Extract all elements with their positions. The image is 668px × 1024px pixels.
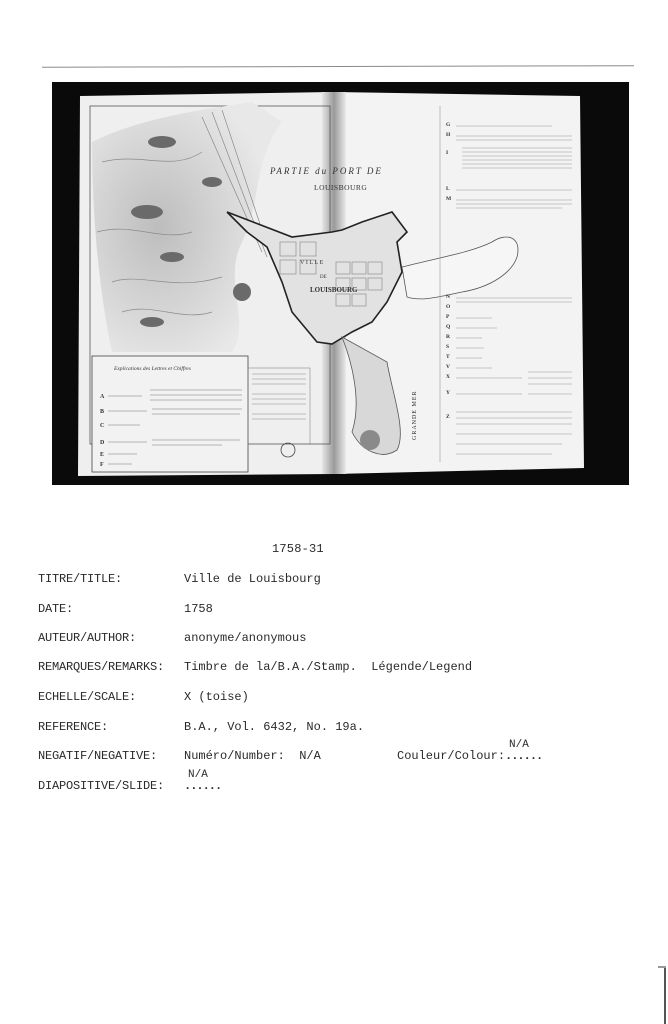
svg-text:DE: DE <box>320 275 327 280</box>
field-value: Numéro/Number: N/A <box>184 749 321 763</box>
svg-text:M: M <box>446 196 452 202</box>
colour-dots: ...... <box>505 749 542 763</box>
colour-label: Couleur/Colour: <box>397 749 505 763</box>
svg-text:Z: Z <box>446 414 450 420</box>
svg-text:B: B <box>100 409 104 415</box>
slide-value: N/A...... <box>184 779 221 793</box>
svg-text:Explications des Lettres et Ch: Explications des Lettres et Chiffres <box>113 365 191 372</box>
field-label: DIAPOSITIVE/SLIDE: <box>38 779 164 793</box>
colour-na: N/A <box>509 739 529 751</box>
catalog-number: 1758-31 <box>272 542 324 556</box>
svg-text:VILLE: VILLE <box>300 260 325 266</box>
svg-text:C: C <box>100 423 104 429</box>
svg-text:LOUISBOURG: LOUISBOURG <box>310 286 358 294</box>
field-value: B.A., Vol. 6432, No. 19a. <box>184 720 364 734</box>
svg-text:L: L <box>446 186 450 192</box>
field-label: REFERENCE: <box>38 720 108 734</box>
field-value: N/A...... <box>184 779 221 793</box>
svg-text:O: O <box>446 304 451 310</box>
svg-text:I: I <box>446 150 448 156</box>
svg-text:H: H <box>446 132 451 138</box>
svg-text:G: G <box>446 122 451 128</box>
svg-text:S: S <box>446 344 449 350</box>
field-label: NEGATIF/NEGATIVE: <box>38 749 157 763</box>
top-rule <box>42 65 634 68</box>
slide-dots: ...... <box>184 779 221 793</box>
field-value: Ville de Louisbourg <box>184 572 321 586</box>
svg-text:PARTIE du PORT DE: PARTIE du PORT DE <box>269 166 383 176</box>
svg-text:GRANDE MER: GRANDE MER <box>412 390 418 440</box>
field-label: AUTEUR/AUTHOR: <box>38 631 136 645</box>
louisbourg-map-image: PARTIE du PORT DE LOUISBOURG VILLE DE LO… <box>52 82 629 485</box>
svg-text:F: F <box>100 462 104 468</box>
field-value: 1758 <box>184 602 213 616</box>
svg-text:E: E <box>100 452 104 458</box>
field-value: X (toise) <box>184 690 249 704</box>
svg-text:LOUISBOURG: LOUISBOURG <box>314 183 367 192</box>
svg-text:D: D <box>100 440 105 446</box>
svg-text:T: T <box>446 354 450 360</box>
svg-text:Q: Q <box>446 324 451 330</box>
field-colour: Couleur/Colour:N/A...... <box>397 749 542 763</box>
slide-na: N/A <box>188 769 208 781</box>
field-label: REMARQUES/REMARKS: <box>38 660 164 674</box>
svg-text:Y: Y <box>446 390 450 396</box>
svg-text:A: A <box>100 394 105 400</box>
field-label: ECHELLE/SCALE: <box>38 690 136 704</box>
field-value: Timbre de la/B.A./Stamp. Légende/Legend <box>184 660 472 674</box>
map-photograph: PARTIE du PORT DE LOUISBOURG VILLE DE LO… <box>52 82 629 485</box>
colour-value: N/A...... <box>505 749 542 763</box>
svg-text:N: N <box>446 294 450 300</box>
field-label: TITRE/TITLE: <box>38 572 122 586</box>
field-label: DATE: <box>38 602 73 616</box>
svg-text:V: V <box>446 364 450 370</box>
field-value: anonyme/anonymous <box>184 631 306 645</box>
scan-edge-mark <box>664 968 666 1024</box>
svg-text:X: X <box>446 374 450 380</box>
